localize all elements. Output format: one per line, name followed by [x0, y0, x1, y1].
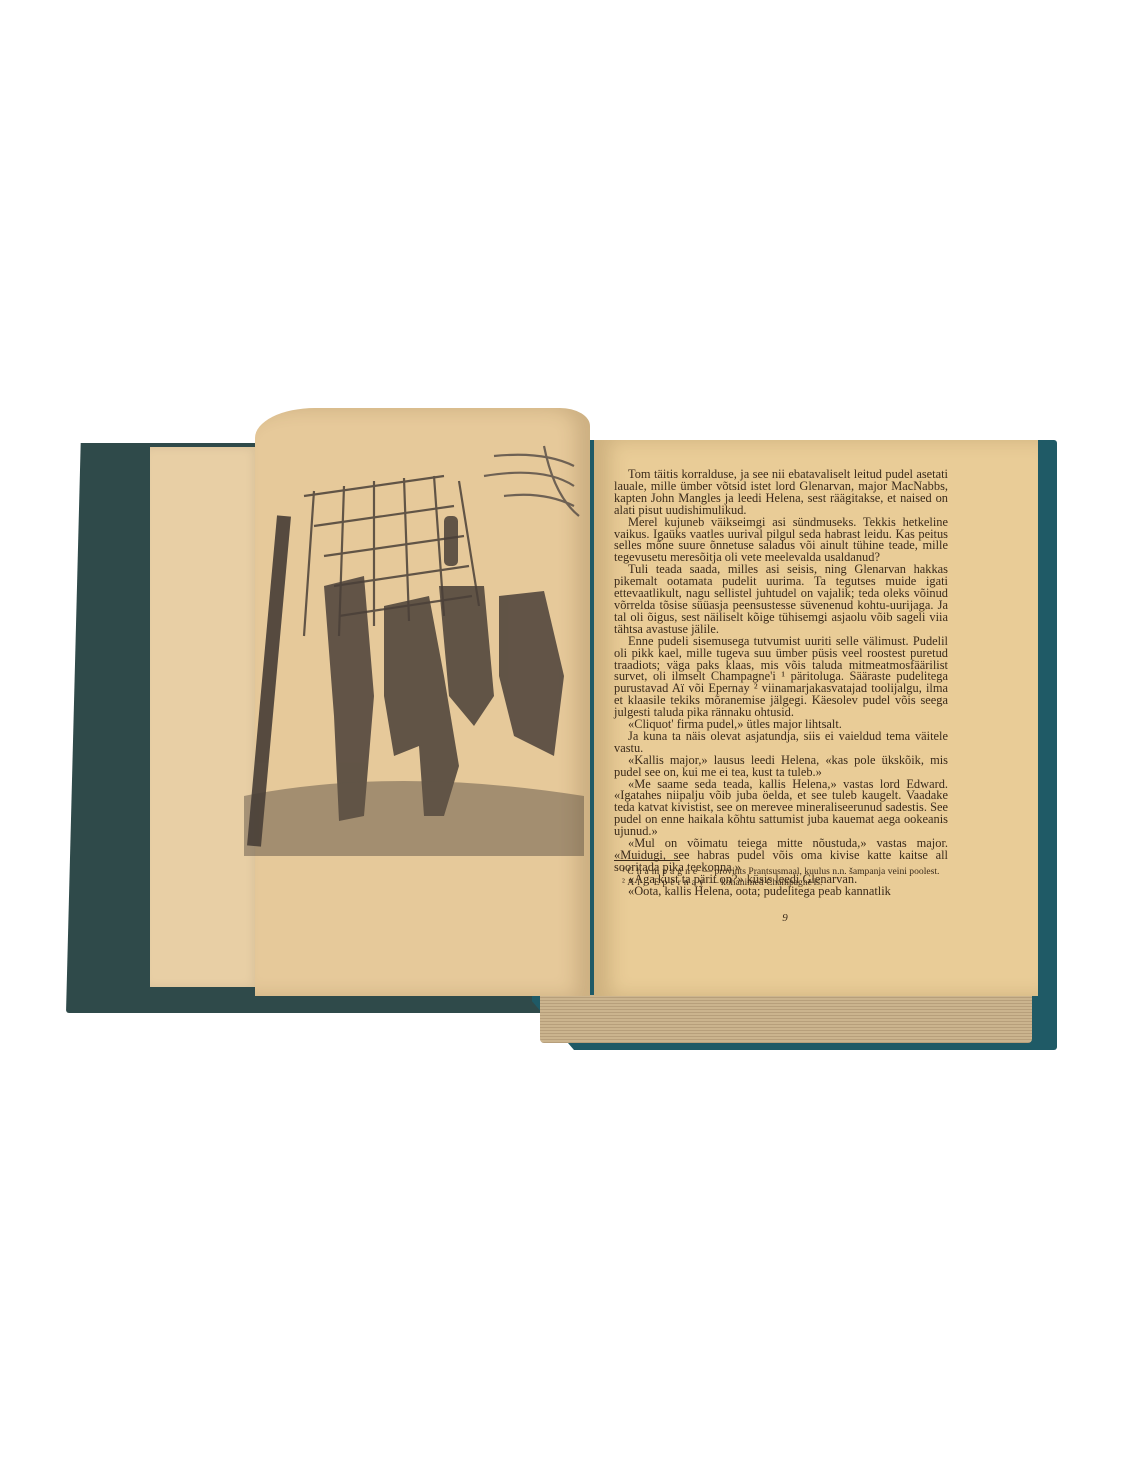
page-edges [540, 995, 1032, 1043]
paragraph: Tuli teada saada, milles asi seisis, nin… [614, 564, 948, 635]
footnote-2: ² Aï, Epernay — kohanimed Champagne'is. [614, 877, 948, 888]
paragraph: Merel kujuneb väikseimgi asi sündmuseks.… [614, 517, 948, 565]
page-text: Tom täitis korralduse, ja see nii ebatav… [614, 469, 948, 898]
paragraph: Enne pudeli sisemusega tutvumist uuriti … [614, 636, 948, 719]
page-number: 9 [770, 912, 800, 924]
footnotes: ¹ Champagne — provints Prantsusmaal, kuu… [614, 866, 948, 888]
paragraph: Tom täitis korralduse, ja see nii ebatav… [614, 469, 948, 517]
footnote-1: ¹ Champagne — provints Prantsusmaal, kuu… [614, 866, 948, 877]
footnote-term: Aï, Epernay [627, 877, 706, 888]
paragraph: «Me saame seda teada, kallis Helena,» va… [614, 779, 948, 839]
paragraph: «Kallis major,» lausus leedi Helena, «ka… [614, 755, 948, 779]
footnote-divider [614, 860, 680, 861]
ship-deck-illustration [244, 436, 584, 856]
footnote-term: Champagne [627, 866, 700, 877]
paragraph: Ja kuna ta näis olevat asjatundja, siis … [614, 731, 948, 755]
